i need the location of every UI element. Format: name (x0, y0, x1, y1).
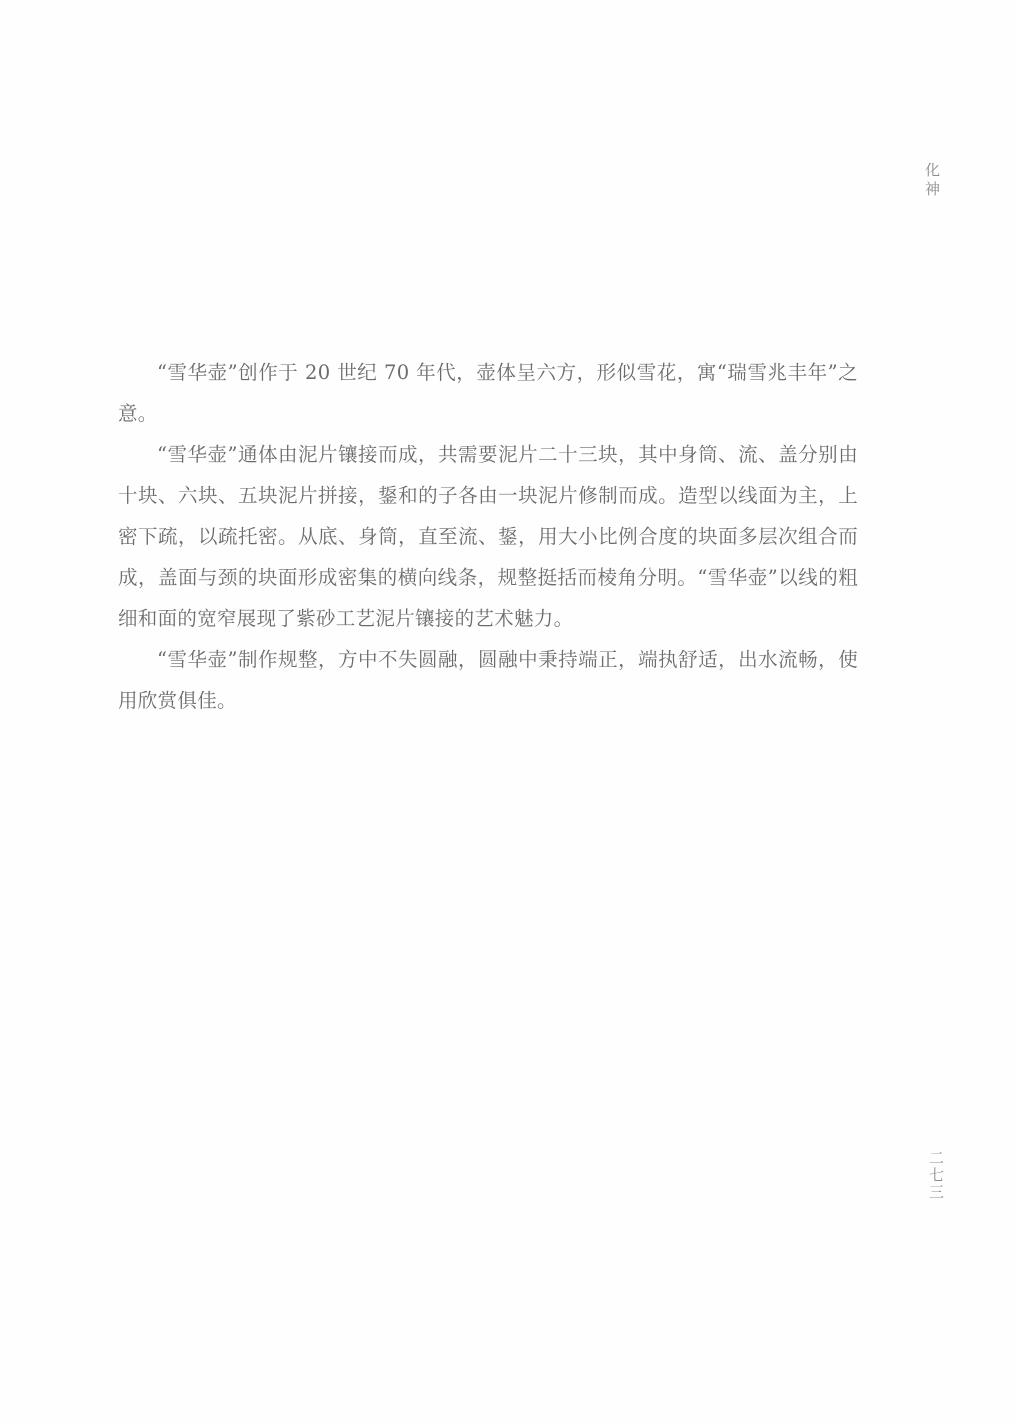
paragraph-2: “雪华壶”通体由泥片镶接而成，共需要泥片二十三块，其中身筒、流、盖分别由十块、六… (118, 434, 858, 639)
page-number: 二七三 (926, 1150, 946, 1201)
document-page: 化神 “雪华壶”创作于 20 世纪 70 年代，壶体呈六方，形似雪花，寓“瑞雪兆… (0, 0, 1016, 1424)
body-text: “雪华壶”创作于 20 世纪 70 年代，壶体呈六方，形似雪花，寓“瑞雪兆丰年”… (118, 352, 858, 721)
paragraph-3: “雪华壶”制作规整，方中不失圆融，圆融中秉持端正，端执舒适，出水流畅，使用欣赏俱… (118, 639, 858, 721)
running-head: 化神 (924, 162, 944, 200)
paragraph-1: “雪华壶”创作于 20 世纪 70 年代，壶体呈六方，形似雪花，寓“瑞雪兆丰年”… (118, 352, 858, 434)
